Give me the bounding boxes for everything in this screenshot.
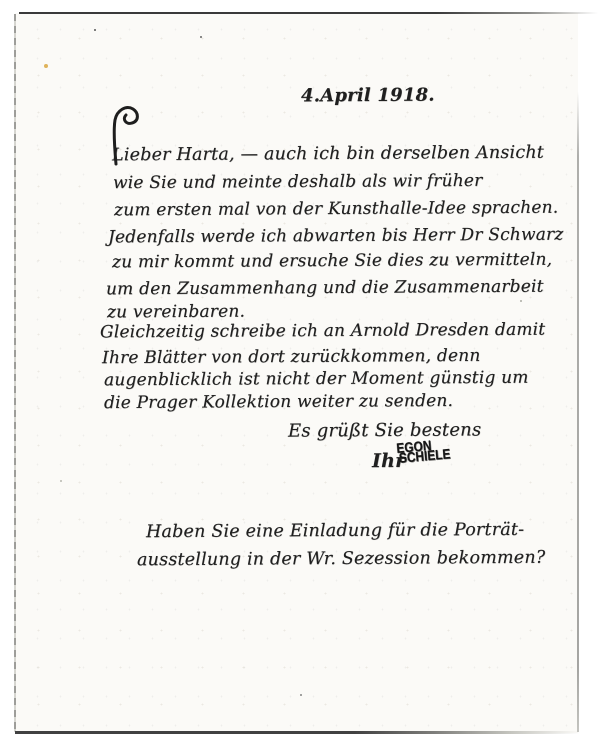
body-line: die Prager Kollektion weiter zu senden. bbox=[104, 391, 453, 414]
body-line: zum ersten mal von der Kunsthalle-Idee s… bbox=[114, 198, 558, 221]
paper-speck bbox=[60, 480, 62, 482]
paper-speck bbox=[520, 300, 522, 302]
postscript-line: Haben Sie eine Einladung für die Porträt… bbox=[146, 520, 524, 543]
scan-edge-right bbox=[577, 92, 579, 732]
paper-speck bbox=[44, 64, 48, 68]
stamp-line-2: SCHIELE bbox=[399, 448, 451, 462]
body-line: Ihre Blätter von dort zurückkommen, denn bbox=[102, 346, 481, 369]
body-line: zu vereinbaren. bbox=[107, 302, 245, 323]
scan-edge-top bbox=[19, 12, 598, 14]
postscript-line: ausstellung in der Wr. Sezession bekomme… bbox=[137, 548, 546, 571]
body-line: Lieber Harta, — auch ich bin derselben A… bbox=[112, 143, 544, 167]
scanned-letter-page: 4.April 1918. Lieber Harta, — auch ich b… bbox=[0, 0, 600, 749]
egon-schiele-stamp: EGON SCHIELE bbox=[396, 438, 451, 463]
paper-speck bbox=[200, 36, 202, 38]
body-line: wie Sie und meinte deshalb als wir frühe… bbox=[113, 171, 483, 194]
closing-line: Es grüßt Sie bestens bbox=[288, 419, 482, 442]
scan-edge-left bbox=[14, 14, 16, 732]
body-line: augenblicklich ist nicht der Moment güns… bbox=[104, 368, 529, 391]
body-line: Gleichzeitig schreibe ich an Arnold Dres… bbox=[100, 320, 545, 343]
body-line: Jedenfalls werde ich abwarten bis Herr D… bbox=[108, 225, 564, 248]
paper-speck bbox=[300, 694, 302, 696]
body-line: um den Zusammenhang und die Zusammenarbe… bbox=[106, 277, 544, 300]
date-line: 4.April 1918. bbox=[301, 85, 435, 107]
body-line: zu mir kommt und ersuche Sie dies zu ver… bbox=[112, 250, 552, 273]
paper-speck bbox=[94, 29, 96, 31]
scan-edge-bottom bbox=[15, 731, 580, 734]
